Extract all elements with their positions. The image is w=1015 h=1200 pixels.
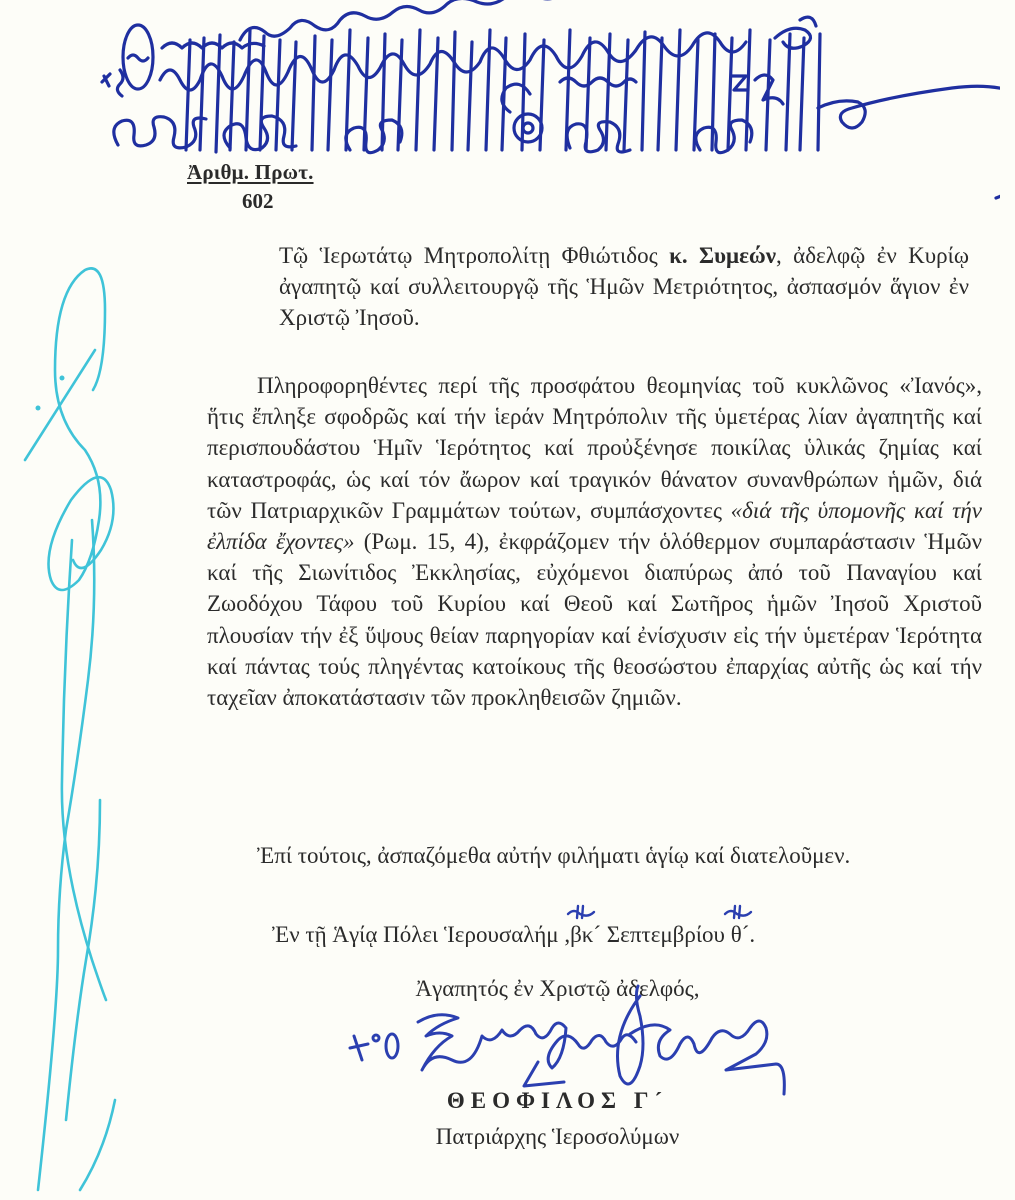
handwritten-overline-icon bbox=[566, 904, 596, 920]
dateline-day: θ´. bbox=[731, 922, 755, 948]
dateline-month: Σεπτεμβρίου bbox=[601, 922, 731, 947]
handwritten-overline-icon bbox=[723, 904, 753, 920]
margin-scribble-icon bbox=[0, 240, 170, 1200]
addressee-name: κ. Συμεών bbox=[669, 243, 776, 268]
signature-icon bbox=[340, 980, 810, 1100]
body-paragraph-1: Πληροφορηθέντες περί τῆς προσφάτου θεομη… bbox=[207, 370, 982, 713]
addressee-prefix: Τῷ Ἱερωτάτῳ Μητροπολίτῃ Φθιώτιδος bbox=[279, 243, 669, 268]
handwritten-signature bbox=[340, 980, 810, 1100]
margin-scribble bbox=[0, 240, 170, 1200]
dateline: Ἐν τῇ Ἁγίᾳ Πόλει Ἱερουσαλήμ ,βκ´ Σεπτεμβ… bbox=[272, 922, 755, 948]
body-paragraph-2: Ἐπί τούτοις, ἀσπαζόμεθα αὐτήν φιλήματι ἁ… bbox=[207, 840, 982, 871]
dateline-year: ,βκ´ bbox=[564, 922, 601, 948]
signatory-name: ΘΕΟΦΙΛΟΣ Γ´ bbox=[50, 1088, 1015, 1114]
protocol-label: Ἀριθμ. Πρωτ. bbox=[187, 160, 314, 185]
addressee-block: Τῷ Ἱερωτάτῳ Μητροπολίτῃ Φθιώτιδος κ. Συμ… bbox=[279, 240, 969, 334]
paragraph1-part2: (Ρωμ. 15, 4), ἐκφράζομεν τήν ὁλόθερμον σ… bbox=[207, 529, 982, 710]
dateline-prefix: Ἐν τῇ Ἁγίᾳ Πόλει Ἱερουσαλήμ bbox=[272, 922, 564, 947]
signatory-title: Πατριάρχης Ἱεροσολύμων bbox=[50, 1124, 1015, 1150]
protocol-block: Ἀριθμ. Πρωτ. 602 bbox=[187, 160, 314, 214]
letter-page: Ἀριθμ. Πρωτ. 602 Τῷ Ἱερωτάτῳ Μητροπολίτῃ… bbox=[0, 0, 1015, 1200]
protocol-number: 602 bbox=[242, 189, 314, 214]
